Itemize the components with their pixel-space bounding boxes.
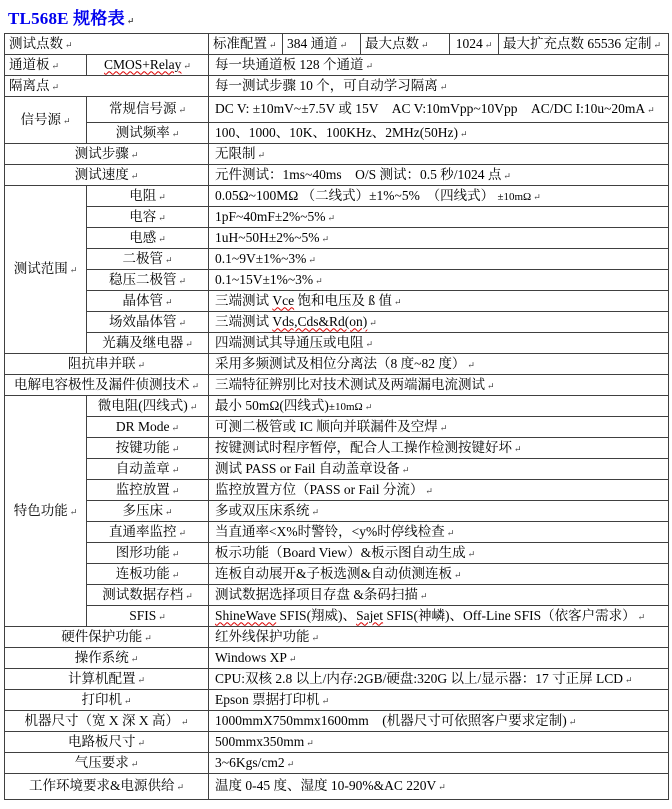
spec-value-cell: 采用多频测试及相位分离法（8 度~82 度）↵ <box>209 354 669 375</box>
paragraph-mark-icon: ↵ <box>421 40 429 50</box>
cell-text: 测试数据选择项目存盘 &条码扫描 <box>215 587 418 602</box>
cell-text: 三端测试 <box>215 293 272 308</box>
spec-label-cell: 二极管↵ <box>87 249 209 270</box>
cell-text: 稳压二极管 <box>109 272 177 287</box>
cell-text: 测试点数 <box>9 36 63 51</box>
paragraph-mark-icon: ↵ <box>158 192 166 202</box>
paragraph-mark-icon: ↵ <box>312 633 320 643</box>
paragraph-mark-icon: ↵ <box>340 40 348 50</box>
cell-text: 连板自动展开&子板选测&自动侦测连板 <box>215 566 452 581</box>
spec-value-cell: 0.1~15V±1%~3%↵ <box>209 270 669 291</box>
spec-label-cell: 微电阻(四线式)↵ <box>87 396 209 417</box>
cell-text: 温度 0-45 度、湿度 10-90%&AC 220V <box>215 778 436 793</box>
table-row: 机器尺寸（宽 X 深 X 高）↵1000mmX750mmx1600mm (机器尺… <box>5 711 669 732</box>
paragraph-mark-icon: ↵ <box>468 549 476 559</box>
paragraph-mark-icon: ↵ <box>269 40 277 50</box>
spec-value-cell: 可测二极管或 IC 顺向并联漏件及空焊↵ <box>209 417 669 438</box>
spec-header-cell: 384 通道↵ <box>283 34 361 55</box>
spec-value-cell: 1pF~40mF±2%~5%↵ <box>209 207 669 228</box>
paragraph-mark-icon: ↵ <box>328 213 336 223</box>
table-row: 图形功能↵板示功能（Board View）&板示图自动生成↵ <box>5 543 669 564</box>
spec-value-cell: 0.1~9V±1%~3%↵ <box>209 249 669 270</box>
paragraph-mark-icon: ↵ <box>131 150 139 160</box>
cell-text: 电感 <box>129 230 156 245</box>
spec-value-cell: 每一块通道板 128 个通道↵ <box>209 55 669 76</box>
cell-text: 三端特征辨别比对技术测试及两端漏电流测试 <box>215 377 485 392</box>
paragraph-mark-icon: ↵ <box>485 40 493 50</box>
spec-value-cell: 连板自动展开&子板选测&自动侦测连板↵ <box>209 564 669 585</box>
paragraph-mark-icon: ↵ <box>467 360 475 370</box>
spec-value-cell: 四端测试其导通压或电阻↵ <box>209 333 669 354</box>
paragraph-mark-icon: ↵ <box>440 423 448 433</box>
cell-text: 饱和电压及 ß 值 <box>294 293 392 308</box>
cell-text: 3~6Kgs/cm2 <box>215 755 285 770</box>
cell-text: 特色功能 <box>14 503 68 518</box>
cell-text: 操作系统 <box>75 650 129 665</box>
spec-label-cell: 监控放置↵ <box>87 480 209 501</box>
paragraph-mark-icon: ↵ <box>131 759 139 769</box>
cell-text: 500mmx350mm <box>215 734 304 749</box>
paragraph-mark-icon: ↵ <box>127 16 135 26</box>
table-row: 直通率监控↵当直通率<X%时警铃，<y%时停线检查↵ <box>5 522 669 543</box>
cell-text: 每一块通道板 128 个通道 <box>215 57 364 72</box>
cell-text: 打印机 <box>81 692 122 707</box>
page-title-text: TL568E 规格表 <box>8 9 125 28</box>
table-row: 自动盖章↵测试 PASS or Fail 自动盖章设备↵ <box>5 459 669 480</box>
cell-text: 测试步骤 <box>75 146 129 161</box>
table-row: DR Mode↵可测二极管或 IC 顺向并联漏件及空焊↵ <box>5 417 669 438</box>
table-row: 计算机配置↵CPU:双核 2.8 以上/内存:2GB/硬盘:320G 以上/显示… <box>5 669 669 690</box>
spec-header-cell: 最大点数↵ <box>361 34 450 55</box>
cell-text: 最小 50mΩ(四线式) <box>215 398 329 413</box>
paragraph-mark-icon: ↵ <box>454 570 462 580</box>
paragraph-mark-icon: ↵ <box>289 654 297 664</box>
spec-label-cell: DR Mode↵ <box>87 417 209 438</box>
spec-label-cell: 测试数据存档↵ <box>87 585 209 606</box>
spec-value-cell: 最小 50mΩ(四线式)±10mΩ↵ <box>209 396 669 417</box>
cell-text: Windows XP <box>215 650 287 665</box>
cell-text: 每一测试步骤 10 个，可自动学习隔离 <box>215 78 438 93</box>
cell-text: 光藕及继电器 <box>102 335 183 350</box>
cell-text: 直通率监控 <box>109 524 177 539</box>
paragraph-mark-icon: ↵ <box>185 339 193 349</box>
table-row: 连板功能↵连板自动展开&子板选测&自动侦测连板↵ <box>5 564 669 585</box>
cell-text: 元件测试：1ms~40ms O/S 测试：0.5 秒/1024 点 <box>215 167 501 182</box>
paragraph-mark-icon: ↵ <box>178 318 186 328</box>
spec-value-cell: 500mmx350mm↵ <box>209 732 669 753</box>
paragraph-mark-icon: ↵ <box>70 265 78 275</box>
page-title: TL568E 规格表↵ <box>8 4 135 29</box>
paragraph-mark-icon: ↵ <box>137 675 145 685</box>
paragraph-mark-icon: ↵ <box>70 507 78 517</box>
paragraph-mark-icon: ↵ <box>514 444 522 454</box>
paragraph-mark-icon: ↵ <box>172 423 180 433</box>
paragraph-mark-icon: ↵ <box>63 116 71 126</box>
spec-label-cell: 计算机配置↵ <box>5 669 209 690</box>
cell-text: 384 通道 <box>287 36 338 51</box>
cell-text: CMOS+Relay <box>104 57 181 72</box>
paragraph-mark-icon: ↵ <box>172 129 180 139</box>
cell-text: 测试速度 <box>75 167 129 182</box>
paragraph-mark-icon: ↵ <box>172 570 180 580</box>
paragraph-mark-icon: ↵ <box>322 234 330 244</box>
table-row: 通道板↵CMOS+Relay↵每一块通道板 128 个通道↵ <box>5 55 669 76</box>
spec-value-cell: 100、1000、10K、100KHz、2MHz(50Hz)↵ <box>209 123 669 144</box>
cell-text: 二极管 <box>122 251 163 266</box>
cell-text: Sajet <box>356 608 383 623</box>
cell-text: 0.1~15V±1%~3% <box>215 272 313 287</box>
paragraph-mark-icon: ↵ <box>172 486 180 496</box>
spec-value-cell: 监控放置方位（PASS or Fail 分流）↵ <box>209 480 669 501</box>
spec-label-cell: 连板功能↵ <box>87 564 209 585</box>
table-row: 晶体管↵三端测试 Vce 饱和电压及 ß 值↵ <box>5 291 669 312</box>
paragraph-mark-icon: ↵ <box>144 633 152 643</box>
spec-value-cell: 1uH~50H±2%~5%↵ <box>209 228 669 249</box>
paragraph-mark-icon: ↵ <box>137 360 145 370</box>
spec-label-cell: 自动盖章↵ <box>87 459 209 480</box>
paragraph-mark-icon: ↵ <box>52 82 60 92</box>
spec-header-cell: 测试点数↵ <box>5 34 209 55</box>
cell-text: 微电阻(四线式) <box>98 398 188 413</box>
spec-table: 测试点数↵标准配置↵384 通道↵最大点数↵1024↵最大扩充点数 65536 … <box>4 33 669 800</box>
spec-label-cell: 测试速度↵ <box>5 165 209 186</box>
cell-text: 测试范围 <box>14 261 68 276</box>
table-row: 电路板尺寸↵500mmx350mm↵ <box>5 732 669 753</box>
spec-value-cell: 板示功能（Board View）&板示图自动生成↵ <box>209 543 669 564</box>
spec-value-cell: 三端测试 Vds,Cds&Rd(on)↵ <box>209 312 669 333</box>
paragraph-mark-icon: ↵ <box>178 105 186 115</box>
cell-text: 板示功能（Board View）&板示图自动生成 <box>215 545 466 560</box>
cell-text: 1000mmX750mmx1600mm (机器尺寸可依照客户要求定制) <box>215 713 567 728</box>
table-row: 工作环境要求&电源供给↵温度 0-45 度、湿度 10-90%&AC 220V↵ <box>5 774 669 800</box>
paragraph-mark-icon: ↵ <box>625 675 633 685</box>
paragraph-mark-icon: ↵ <box>176 782 184 792</box>
cell-text: 机器尺寸（宽 X 深 X 高） <box>24 713 179 728</box>
cell-text: 100、1000、10K、100KHz、2MHz(50Hz) <box>215 125 458 140</box>
table-row: 多压床↵多或双压床系统↵ <box>5 501 669 522</box>
paragraph-mark-icon: ↵ <box>178 276 186 286</box>
spec-label-cell: 按键功能↵ <box>87 438 209 459</box>
cell-text: 最大扩充点数 65536 定制 <box>503 36 652 51</box>
spec-label-cell: 气压要求↵ <box>5 753 209 774</box>
cell-text: ±10mΩ <box>329 401 363 413</box>
cell-text: 红外线保护功能 <box>215 629 310 644</box>
paragraph-mark-icon: ↵ <box>131 171 139 181</box>
spec-label-cell: 多压床↵ <box>87 501 209 522</box>
paragraph-mark-icon: ↵ <box>440 82 448 92</box>
cell-text: 测试数据存档 <box>102 587 183 602</box>
spec-value-cell: Windows XP↵ <box>209 648 669 669</box>
cell-text: 监控放置 <box>116 482 170 497</box>
spec-value-cell: CPU:双核 2.8 以上/内存:2GB/硬盘:320G 以上/显示器：17 寸… <box>209 669 669 690</box>
paragraph-mark-icon: ↵ <box>425 486 433 496</box>
cell-text: SFIS <box>129 608 156 623</box>
cell-text: 标准配置 <box>213 36 267 51</box>
paragraph-mark-icon: ↵ <box>420 591 428 601</box>
spec-value-cell: 3~6Kgs/cm2↵ <box>209 753 669 774</box>
cell-text: 气压要求 <box>75 755 129 770</box>
spec-label-cell: 硬件保护功能↵ <box>5 627 209 648</box>
spec-label-cell: 光藕及继电器↵ <box>87 333 209 354</box>
cell-text: 电阻 <box>129 188 156 203</box>
table-row: 按键功能↵按键测试时程序暂停，配合人工操作检测按键好坏↵ <box>5 438 669 459</box>
cell-text: 隔离点 <box>9 78 50 93</box>
table-row: 测试数据存档↵测试数据选择项目存盘 &条码扫描↵ <box>5 585 669 606</box>
cell-text: 测试频率 <box>116 125 170 140</box>
spec-label-cell: 稳压二极管↵ <box>87 270 209 291</box>
paragraph-mark-icon: ↵ <box>315 276 323 286</box>
cell-text: 多压床 <box>122 503 163 518</box>
paragraph-mark-icon: ↵ <box>178 528 186 538</box>
spec-label-cell: 电阻↵ <box>87 186 209 207</box>
cell-text: 四端测试其导通压或电阻 <box>215 335 364 350</box>
paragraph-mark-icon: ↵ <box>366 339 374 349</box>
paragraph-mark-icon: ↵ <box>503 171 511 181</box>
paragraph-mark-icon: ↵ <box>158 234 166 244</box>
cell-text: 电容 <box>129 209 156 224</box>
table-row: 测试点数↵标准配置↵384 通道↵最大点数↵1024↵最大扩充点数 65536 … <box>5 34 669 55</box>
cell-text: 场效晶体管 <box>109 314 177 329</box>
spec-header-cell: 最大扩充点数 65536 定制↵ <box>499 34 669 55</box>
table-row: 测试范围↵电阻↵0.05Ω~100MΩ （二线式）±1%~5% （四线式） ±1… <box>5 186 669 207</box>
cell-text: 连板功能 <box>116 566 170 581</box>
spec-value-cell: 红外线保护功能↵ <box>209 627 669 648</box>
paragraph-mark-icon: ↵ <box>165 255 173 265</box>
table-row: 电解电容极性及漏件侦测技术↵三端特征辨别比对技术测试及两端漏电流测试↵ <box>5 375 669 396</box>
spec-group-label-cell: 特色功能↵ <box>5 396 87 627</box>
paragraph-mark-icon: ↵ <box>394 297 402 307</box>
spec-value-cell: 测试 PASS or Fail 自动盖章设备↵ <box>209 459 669 480</box>
table-row: 二极管↵0.1~9V±1%~3%↵ <box>5 249 669 270</box>
paragraph-mark-icon: ↵ <box>447 528 455 538</box>
spec-value-cell: 多或双压床系统↵ <box>209 501 669 522</box>
spec-label-cell: 通道板↵ <box>5 55 87 76</box>
paragraph-mark-icon: ↵ <box>308 255 316 265</box>
spec-label-cell: 隔离点↵ <box>5 76 209 97</box>
paragraph-mark-icon: ↵ <box>306 738 314 748</box>
cell-text: 通道板 <box>9 57 50 72</box>
paragraph-mark-icon: ↵ <box>165 507 173 517</box>
table-row: 阻抗串并联↵采用多频测试及相位分离法（8 度~82 度）↵ <box>5 354 669 375</box>
spec-label-cell: 场效晶体管↵ <box>87 312 209 333</box>
paragraph-mark-icon: ↵ <box>322 696 330 706</box>
table-row: 测试步骤↵无限制↵ <box>5 144 669 165</box>
cell-text: 可测二极管或 IC 顺向并联漏件及空焊 <box>215 419 438 434</box>
cell-text: 采用多频测试及相位分离法（8 度~82 度） <box>215 356 465 371</box>
paragraph-mark-icon: ↵ <box>172 444 180 454</box>
spec-value-cell: 无限制↵ <box>209 144 669 165</box>
cell-text: DR Mode <box>116 419 170 434</box>
cell-text: 工作环境要求&电源供给 <box>29 778 175 793</box>
spec-value-cell: 三端特征辨别比对技术测试及两端漏电流测试↵ <box>209 375 669 396</box>
spec-label-cell: 常规信号源↵ <box>87 97 209 123</box>
spec-label-cell: 电路板尺寸↵ <box>5 732 209 753</box>
paragraph-mark-icon: ↵ <box>65 40 73 50</box>
cell-text: 信号源 <box>20 112 61 127</box>
cell-text: 当直通率<X%时警铃，<y%时停线检查 <box>215 524 445 539</box>
spec-header-cell: 1024↵ <box>450 34 499 55</box>
paragraph-mark-icon: ↵ <box>460 129 468 139</box>
paragraph-mark-icon: ↵ <box>52 61 60 71</box>
cell-text: 1024 <box>456 36 483 51</box>
table-row: 稳压二极管↵0.1~15V±1%~3%↵ <box>5 270 669 291</box>
cell-text: 三端测试 <box>215 314 272 329</box>
cell-text: 图形功能 <box>116 545 170 560</box>
paragraph-mark-icon: ↵ <box>165 297 173 307</box>
cell-text: SFIS(翔威)、 <box>276 608 356 623</box>
cell-text: 计算机配置 <box>68 671 136 686</box>
spec-label-cell: 测试步骤↵ <box>5 144 209 165</box>
spec-sheet-page: TL568E 规格表↵ 测试点数↵标准配置↵384 通道↵最大点数↵1024↵最… <box>0 0 672 800</box>
spec-value-cell: 测试数据选择项目存盘 &条码扫描↵ <box>209 585 669 606</box>
cell-text: SFIS(神嶙)、Off-Line SFIS（依客户需求） <box>383 608 636 623</box>
cell-text: Vce <box>272 293 294 308</box>
spec-label-cell: SFIS↵ <box>87 606 209 627</box>
spec-label-cell: 电容↵ <box>87 207 209 228</box>
spec-value-cell: 1000mmX750mmx1600mm (机器尺寸可依照客户要求定制)↵ <box>209 711 669 732</box>
spec-value-cell: 温度 0-45 度、湿度 10-90%&AC 220V↵ <box>209 774 669 800</box>
paragraph-mark-icon: ↵ <box>172 465 180 475</box>
paragraph-mark-icon: ↵ <box>369 318 377 328</box>
table-row: 测试频率↵100、1000、10K、100KHz、2MHz(50Hz)↵ <box>5 123 669 144</box>
table-row: 硬件保护功能↵红外线保护功能↵ <box>5 627 669 648</box>
paragraph-mark-icon: ↵ <box>131 654 139 664</box>
table-row: 信号源↵常规信号源↵DC V: ±10mV~±7.5V 或 15V AC V:1… <box>5 97 669 123</box>
paragraph-mark-icon: ↵ <box>172 549 180 559</box>
paragraph-mark-icon: ↵ <box>124 696 132 706</box>
cell-text: 0.1~9V±1%~3% <box>215 251 306 266</box>
spec-value-cell: 元件测试：1ms~40ms O/S 测试：0.5 秒/1024 点↵ <box>209 165 669 186</box>
cell-text: 按键测试时程序暂停，配合人工操作检测按键好坏 <box>215 440 512 455</box>
paragraph-mark-icon: ↵ <box>181 717 189 727</box>
spec-group-label-cell: 信号源↵ <box>5 97 87 144</box>
paragraph-mark-icon: ↵ <box>654 40 662 50</box>
spec-label-cell: 直通率监控↵ <box>87 522 209 543</box>
table-row: 气压要求↵3~6Kgs/cm2↵ <box>5 753 669 774</box>
table-row: 电容↵1pF~40mF±2%~5%↵ <box>5 207 669 228</box>
table-row: 电感↵1uH~50H±2%~5%↵ <box>5 228 669 249</box>
table-row: 监控放置↵监控放置方位（PASS or Fail 分流）↵ <box>5 480 669 501</box>
table-row: 隔离点↵每一测试步骤 10 个，可自动学习隔离↵ <box>5 76 669 97</box>
cell-text: 自动盖章 <box>116 461 170 476</box>
paragraph-mark-icon: ↵ <box>137 738 145 748</box>
paragraph-mark-icon: ↵ <box>647 105 655 115</box>
cell-text: 按键功能 <box>116 440 170 455</box>
paragraph-mark-icon: ↵ <box>312 507 320 517</box>
cell-text: ±10mΩ <box>497 191 531 203</box>
spec-label-cell: 操作系统↵ <box>5 648 209 669</box>
cell-text: 常规信号源 <box>109 101 177 116</box>
paragraph-mark-icon: ↵ <box>487 381 495 391</box>
cell-text: Epson 票据打印机 <box>215 692 320 707</box>
spec-value-cell: 每一测试步骤 10 个，可自动学习隔离↵ <box>209 76 669 97</box>
cell-text: DC V: ±10mV~±7.5V 或 15V AC V:10mVpp~10Vp… <box>215 101 645 116</box>
spec-label-cell: 晶体管↵ <box>87 291 209 312</box>
table-row: SFIS↵ShineWave SFIS(翔威)、Sajet SFIS(神嶙)、O… <box>5 606 669 627</box>
spec-value-cell: 0.05Ω~100MΩ （二线式）±1%~5% （四线式） ±10mΩ↵ <box>209 186 669 207</box>
cell-text: 1pF~40mF±2%~5% <box>215 209 326 224</box>
paragraph-mark-icon: ↵ <box>533 192 541 202</box>
cell-text: 无限制 <box>215 146 256 161</box>
spec-label-cell: CMOS+Relay↵ <box>87 55 209 76</box>
spec-label-cell: 测试频率↵ <box>87 123 209 144</box>
spec-label-cell: 阻抗串并联↵ <box>5 354 209 375</box>
spec-label-cell: 打印机↵ <box>5 690 209 711</box>
paragraph-mark-icon: ↵ <box>190 402 198 412</box>
paragraph-mark-icon: ↵ <box>366 61 374 71</box>
paragraph-mark-icon: ↵ <box>158 213 166 223</box>
paragraph-mark-icon: ↵ <box>438 782 446 792</box>
cell-text: 电路板尺寸 <box>68 734 136 749</box>
paragraph-mark-icon: ↵ <box>402 465 410 475</box>
cell-text: 1uH~50H±2%~5% <box>215 230 320 245</box>
spec-label-cell: 电解电容极性及漏件侦测技术↵ <box>5 375 209 396</box>
spec-value-cell: ShineWave SFIS(翔威)、Sajet SFIS(神嶙)、Off-Li… <box>209 606 669 627</box>
cell-text: 晶体管 <box>122 293 163 308</box>
cell-text: Vds,Cds&Rd(on) <box>272 314 367 329</box>
table-row: 场效晶体管↵三端测试 Vds,Cds&Rd(on)↵ <box>5 312 669 333</box>
paragraph-mark-icon: ↵ <box>185 591 193 601</box>
paragraph-mark-icon: ↵ <box>569 717 577 727</box>
spec-value-cell: Epson 票据打印机↵ <box>209 690 669 711</box>
cell-text: 0.05Ω~100MΩ （二线式）±1%~5% （四线式） <box>215 188 497 203</box>
cell-text: ShineWave <box>215 608 276 623</box>
cell-text: 阻抗串并联 <box>68 356 136 371</box>
spec-value-cell: 当直通率<X%时警铃，<y%时停线检查↵ <box>209 522 669 543</box>
spec-group-label-cell: 测试范围↵ <box>5 186 87 354</box>
spec-value-cell: 三端测试 Vce 饱和电压及 ß 值↵ <box>209 291 669 312</box>
paragraph-mark-icon: ↵ <box>191 381 199 391</box>
cell-text: 监控放置方位（PASS or Fail 分流） <box>215 482 423 497</box>
paragraph-mark-icon: ↵ <box>638 612 646 622</box>
cell-text: CPU:双核 2.8 以上/内存:2GB/硬盘:320G 以上/显示器：17 寸… <box>215 671 623 686</box>
paragraph-mark-icon: ↵ <box>365 402 373 412</box>
table-row: 特色功能↵微电阻(四线式)↵最小 50mΩ(四线式)±10mΩ↵ <box>5 396 669 417</box>
table-row: 打印机↵Epson 票据打印机↵ <box>5 690 669 711</box>
paragraph-mark-icon: ↵ <box>287 759 295 769</box>
cell-text: 多或双压床系统 <box>215 503 310 518</box>
spec-value-cell: DC V: ±10mV~±7.5V 或 15V AC V:10mVpp~10Vp… <box>209 97 669 123</box>
spec-label-cell: 工作环境要求&电源供给↵ <box>5 774 209 800</box>
table-row: 光藕及继电器↵四端测试其导通压或电阻↵ <box>5 333 669 354</box>
spec-header-cell: 标准配置↵ <box>209 34 283 55</box>
spec-label-cell: 机器尺寸（宽 X 深 X 高）↵ <box>5 711 209 732</box>
cell-text: 测试 PASS or Fail 自动盖章设备 <box>215 461 400 476</box>
cell-text: 最大点数 <box>365 36 419 51</box>
paragraph-mark-icon: ↵ <box>183 61 191 71</box>
spec-label-cell: 图形功能↵ <box>87 543 209 564</box>
table-row: 操作系统↵Windows XP↵ <box>5 648 669 669</box>
cell-text: 电解电容极性及漏件侦测技术 <box>14 377 190 392</box>
paragraph-mark-icon: ↵ <box>258 150 266 160</box>
cell-text: 硬件保护功能 <box>61 629 142 644</box>
paragraph-mark-icon: ↵ <box>158 612 166 622</box>
table-row: 测试速度↵元件测试：1ms~40ms O/S 测试：0.5 秒/1024 点↵ <box>5 165 669 186</box>
spec-table-body: 测试点数↵标准配置↵384 通道↵最大点数↵1024↵最大扩充点数 65536 … <box>5 34 669 800</box>
spec-label-cell: 电感↵ <box>87 228 209 249</box>
spec-value-cell: 按键测试时程序暂停，配合人工操作检测按键好坏↵ <box>209 438 669 459</box>
